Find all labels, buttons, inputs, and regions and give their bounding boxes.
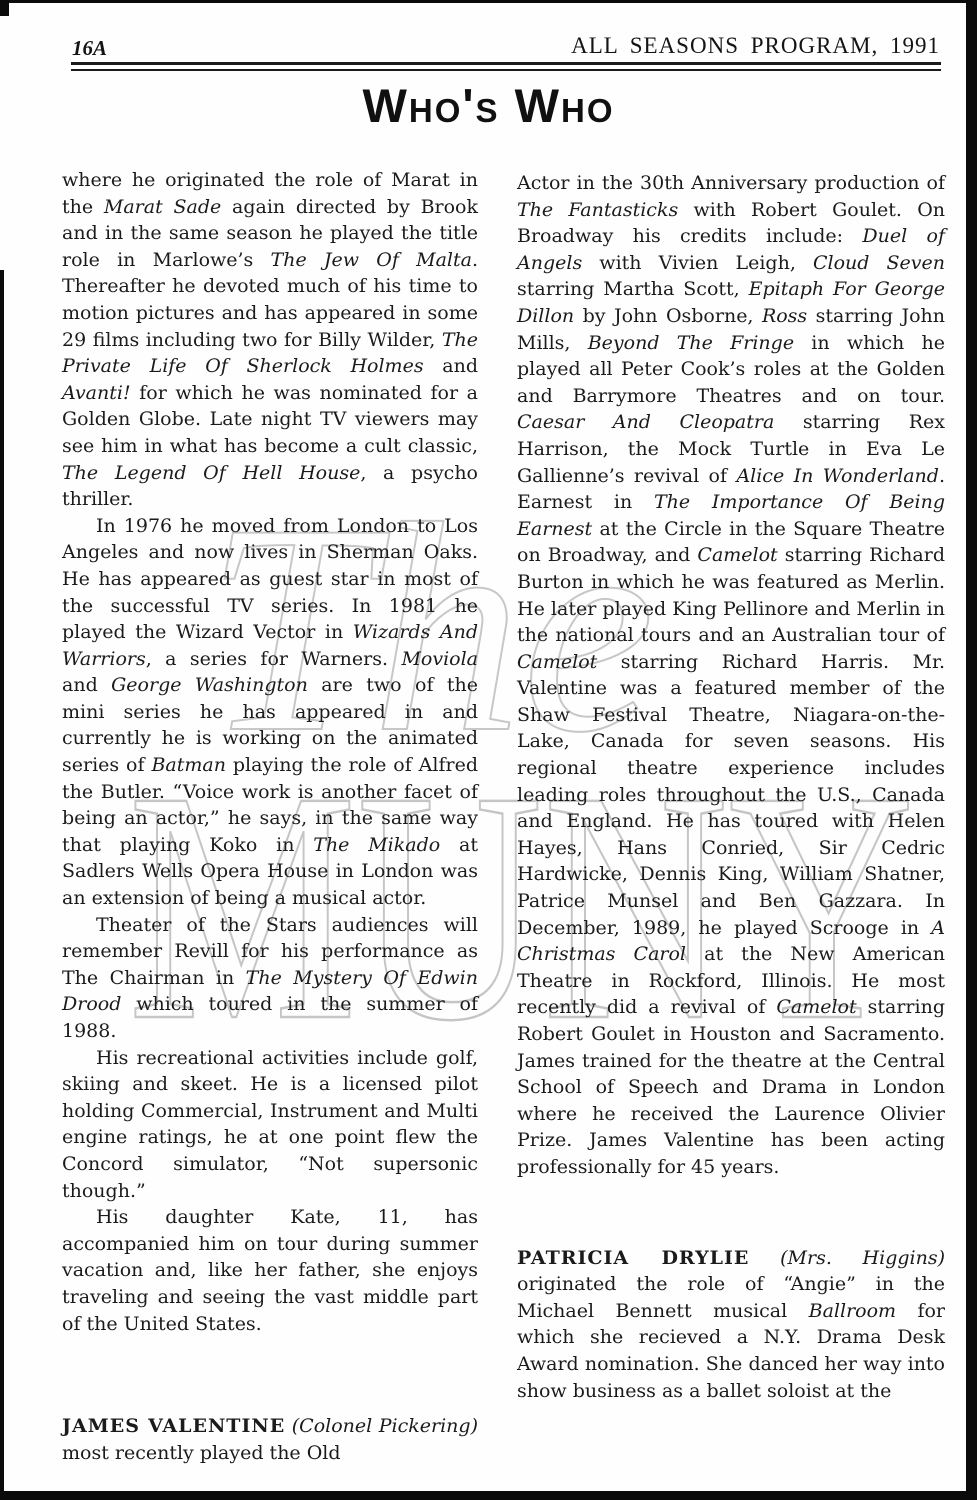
text-run: by John Osborne, [574,305,762,327]
header-rule-thin [71,69,941,71]
text-run: most recently played the Old [62,1442,341,1464]
paragraph: His daughter Kate, 11, has accompanied h… [62,1204,478,1337]
paragraph: In 1976 he moved from London to Los Ange… [62,513,478,912]
person-name: JAMES VALENTINE [62,1415,285,1437]
text-run: The Mikado [313,834,440,856]
text-run: Batman [151,754,226,776]
paragraph: PATRICIA DRYLIE (Mrs. Higgins) originate… [517,1245,945,1405]
program-page: The MUNY 16A ALL SEASONS PROGRAM, 1991 W… [0,0,977,1500]
scan-edge-right [966,0,977,1500]
paragraph: His recreational activities include golf… [62,1045,478,1205]
scan-edge-top [0,0,977,3]
text-run: Cloud Seven [813,252,945,274]
text-run [749,1247,780,1269]
text-run: Actor in the 30th Anniversary production… [517,172,945,194]
text-run: His recreational activities include golf… [62,1047,478,1202]
text-run: Beyond The Fringe [588,332,794,354]
left-column: where he originated the role of Marat in… [62,167,478,1466]
text-run: Marat Sade [104,196,221,218]
scan-edge-bottom [0,1491,977,1500]
text-run: Camelot [776,996,856,1018]
text-run: and [62,674,111,696]
text-run: Ross [762,305,807,327]
paragraph: JAMES VALENTINE (Colonel Pickering) most… [62,1413,478,1466]
scan-edge-corner [0,0,9,16]
text-run: Avanti! [62,382,131,404]
paragraph: Theater of the Stars audiences will reme… [62,912,478,1045]
text-run: , a series for Warners. [146,648,402,670]
text-run: Moviola [401,648,478,670]
text-run: Caesar And Cleopatra [517,411,774,433]
person-name: PATRICIA DRYLIE [517,1247,749,1269]
text-run: starring Robert Goulet in Houston and Sa… [517,996,945,1178]
page-title: Who's Who [0,78,977,133]
text-run: Camelot [697,544,777,566]
text-run: (Mrs. Higgins) [780,1247,945,1269]
right-column: Actor in the 30th Anniversary production… [517,170,945,1404]
text-run: (Colonel Pickering) [292,1415,478,1437]
paragraph: Actor in the 30th Anniversary production… [517,170,945,1181]
paragraph: where he originated the role of Marat in… [62,167,478,513]
text-run: and [424,355,478,377]
text-run: which toured in the summer of 1988. [62,993,478,1042]
text-run: starring Martha Scott, [517,278,749,300]
scan-edge-left [0,270,4,1500]
text-run: with Vivien Leigh, [582,252,813,274]
header-program-title: ALL SEASONS PROGRAM, 1991 [571,33,940,59]
header-rule-thick [71,62,941,65]
text-run: Ballroom [809,1300,896,1322]
text-run: George Washington [111,674,308,696]
text-run: Alice In Wonderland [736,465,939,487]
text-run: The Legend Of Hell House [62,462,360,484]
page-number: 16A [72,36,107,61]
text-run: The Fantasticks [517,199,678,221]
text-run: starring Richard Harris. Mr. Valentine w… [517,651,945,939]
text-run: Camelot [517,651,597,673]
text-run: His daughter Kate, 11, has accompanied h… [62,1206,478,1334]
text-run: The Jew Of Malta [271,249,472,271]
